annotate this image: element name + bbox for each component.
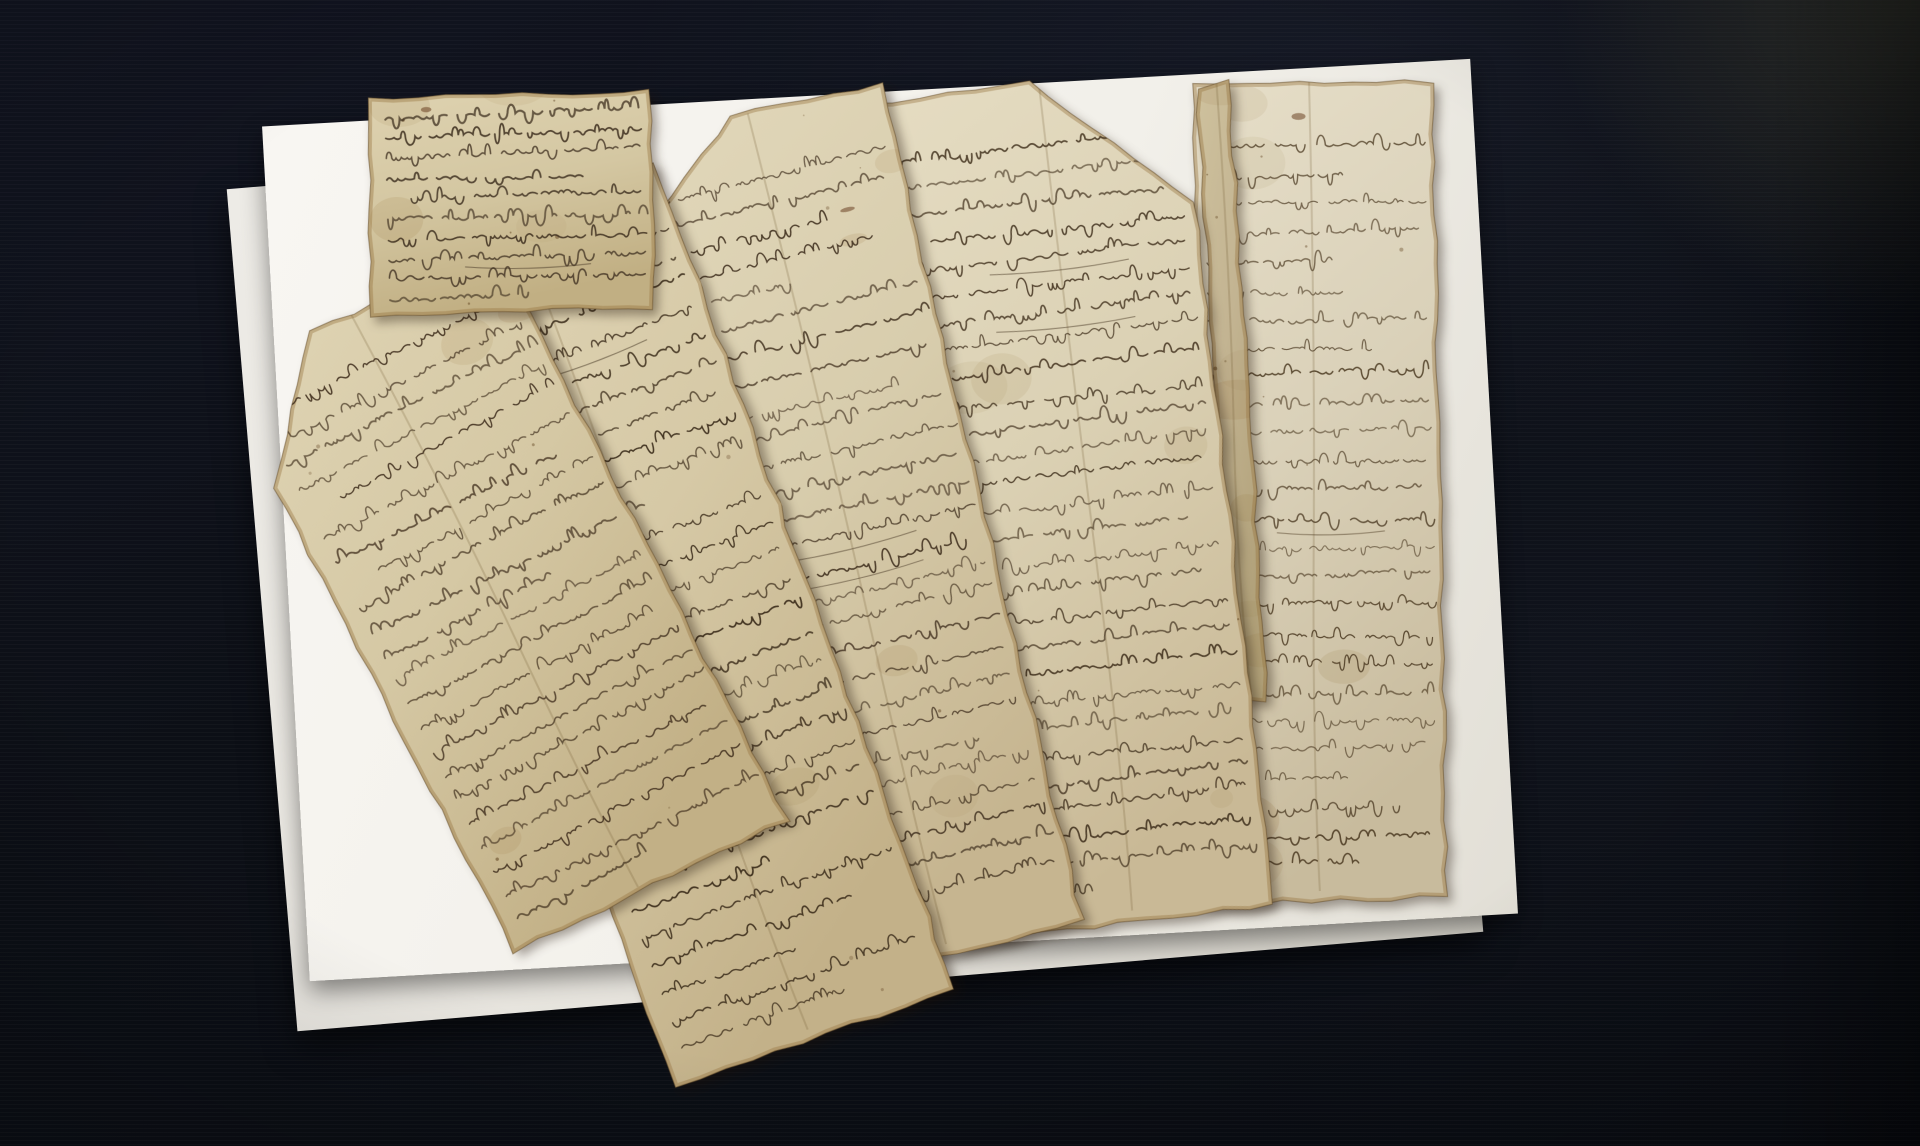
photograph-of-manuscripts [0,0,1920,1146]
small-note-fragment [363,81,661,324]
fabric-right-shadow [1770,0,1920,1146]
